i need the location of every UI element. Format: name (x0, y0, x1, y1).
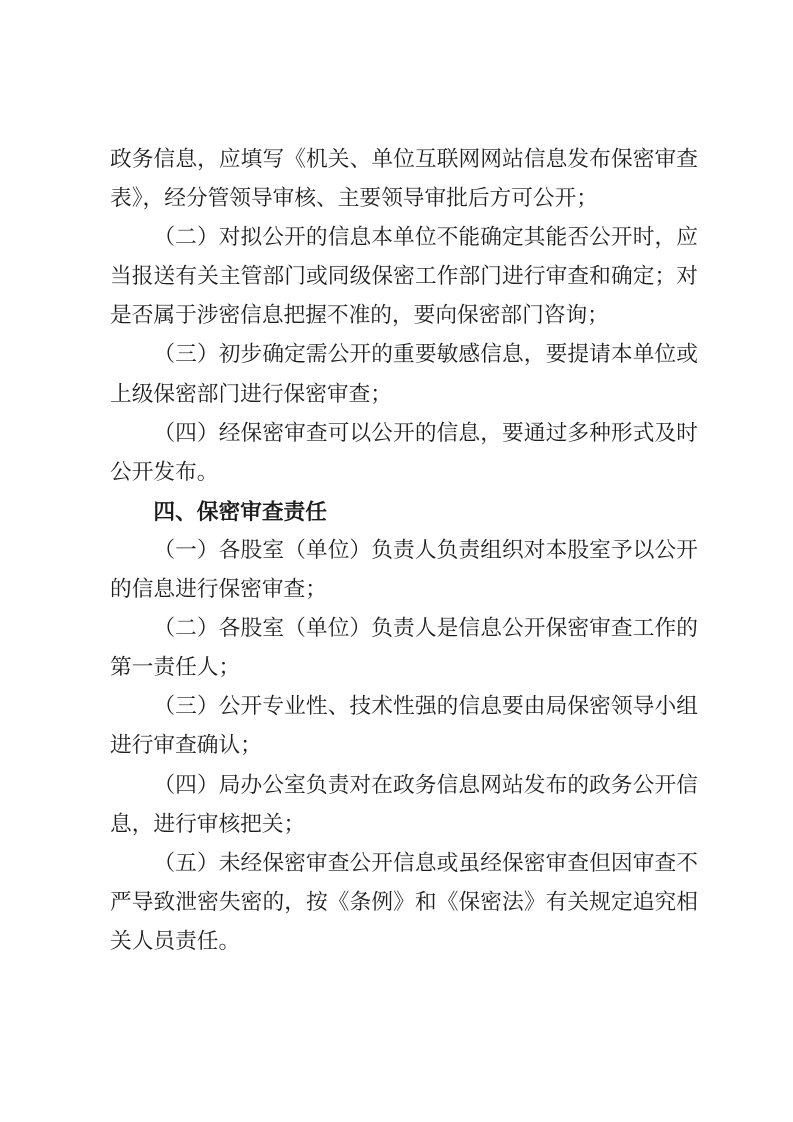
document-page: 政务信息，应填写《机关、单位互联网网站信息发布保密审查表》，经分管领导审核、主要… (0, 0, 793, 1122)
paragraph: （一）各股室（单位）负责人负责组织对本股室予以公开的信息进行保密审查； (110, 531, 698, 609)
paragraph: （五）未经保密审查公开信息或虽经保密审查但因审查不严导致泄密失密的，按《条例》和… (110, 844, 698, 961)
paragraph: （二）对拟公开的信息本单位不能确定其能否公开时，应当报送有关主管部门或同级保密工… (110, 218, 698, 335)
paragraph: 政务信息，应填写《机关、单位互联网网站信息发布保密审查表》，经分管领导审核、主要… (110, 140, 698, 218)
paragraph: （四）经保密审查可以公开的信息，要通过多种形式及时公开发布。 (110, 414, 698, 492)
paragraph: （二）各股室（单位）负责人是信息公开保密审查工作的第一责任人； (110, 609, 698, 687)
section-heading: 四、保密审查责任 (110, 492, 698, 531)
paragraph: （三）初步确定需公开的重要敏感信息，要提请本单位或上级保密部门进行保密审查； (110, 335, 698, 413)
document-text-block: 政务信息，应填写《机关、单位互联网网站信息发布保密审查表》，经分管领导审核、主要… (110, 140, 698, 961)
paragraph: （三）公开专业性、技术性强的信息要由局保密领导小组进行审查确认； (110, 687, 698, 765)
paragraph: （四）局办公室负责对在政务信息网站发布的政务公开信息，进行审核把关； (110, 766, 698, 844)
